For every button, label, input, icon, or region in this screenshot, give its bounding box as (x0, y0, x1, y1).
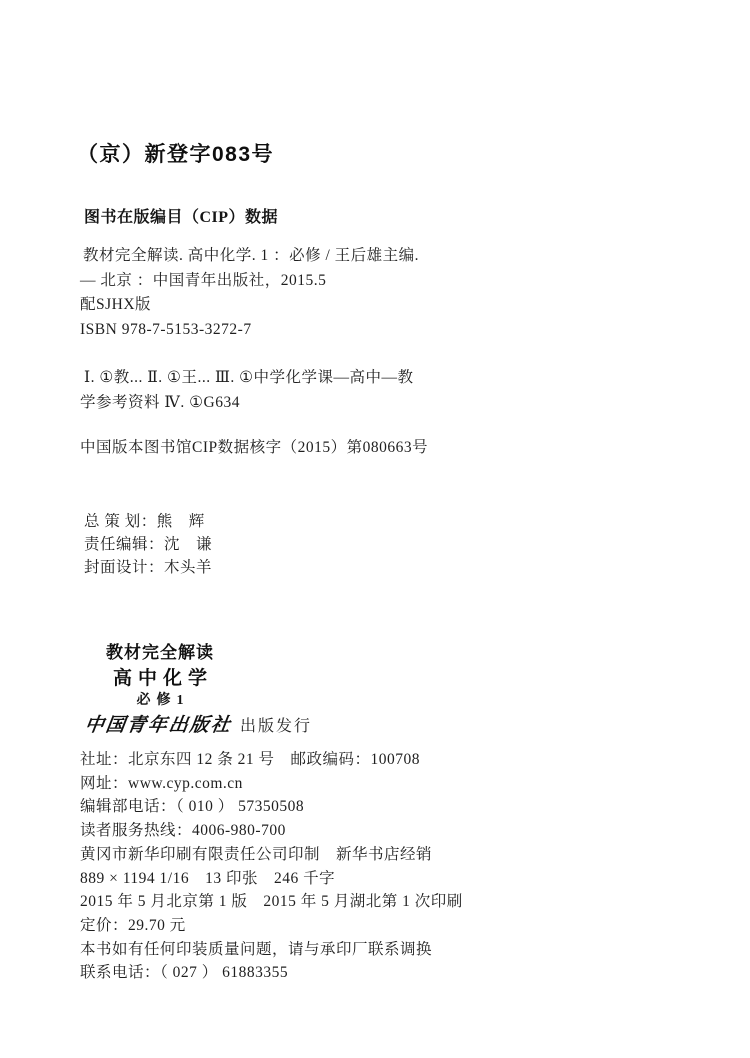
credit-line-planner: 总 策 划：熊 辉 (84, 510, 212, 533)
copyright-page: （京）新登字083号 图书在版编目（CIP）数据 教材完全解读. 高中化学. 1… (0, 0, 750, 1058)
publisher-line: 中国青年出版社出版发行 (85, 710, 312, 737)
colophon-line-printer: 黄冈市新华印刷有限责任公司印制 新华书店经销 (80, 843, 463, 867)
cip-record-block: 教材完全解读. 高中化学. 1 ：必修 / 王后雄主编. — 北京 ：中国青年出… (80, 244, 419, 342)
cip-classification-block: Ⅰ. ①教... Ⅱ. ①王... Ⅲ. ①中学化学课—高中—教 学参考资料 Ⅳ… (80, 366, 414, 415)
colophon-line-quality-notice: 本书如有任何印装质量问题，请与承印厂联系调换 (80, 938, 463, 962)
book-title: 高中化学 (60, 663, 260, 690)
colophon-line-price: 定价：29.70 元 (80, 914, 463, 938)
cip-record-line: ISBN 978-7-5153-3272-7 (80, 318, 419, 343)
colophon-block: 社址：北京东四 12 条 21 号 邮政编码：100708 网址：www.cyp… (80, 748, 463, 985)
cip-heading: 图书在版编目（CIP）数据 (84, 204, 278, 227)
publisher-action-label: 出版发行 (240, 718, 312, 735)
credit-line-editor: 责任编辑：沈 谦 (84, 533, 212, 556)
colophon-line-reader-hotline: 读者服务热线：4006-980-700 (80, 819, 463, 843)
colophon-line-website: 网址：www.cyp.com.cn (80, 772, 463, 796)
cip-record-line: 教材完全解读. 高中化学. 1 ：必修 / 王后雄主编. (80, 244, 419, 269)
series-title: 教材完全解读 (60, 638, 260, 663)
cip-record-line: — 北京 ：中国青年出版社，2015.5 (80, 269, 419, 294)
edition-subtitle: 必修1 (60, 689, 260, 709)
cip-record-line: 配SJHX版 (80, 293, 419, 318)
colophon-line-contact-phone: 联系电话：（ 027 ） 61883355 (80, 961, 463, 985)
cip-record-number: 中国版本图书馆CIP数据核字（2015）第080663号 (80, 436, 428, 461)
cip-classification-line: Ⅰ. ①教... Ⅱ. ①王... Ⅲ. ①中学化学课—高中—教 (80, 366, 414, 391)
colophon-line-edition: 2015 年 5 月北京第 1 版 2015 年 5 月湖北第 1 次印刷 (80, 890, 463, 914)
cip-classification-line: 学参考资料 Ⅳ. ①G634 (80, 391, 414, 416)
credit-line-cover-designer: 封面设计：木头羊 (84, 556, 212, 579)
colophon-line-address: 社址：北京东四 12 条 21 号 邮政编码：100708 (80, 748, 463, 772)
colophon-line-editorial-phone: 编辑部电话：（ 010 ） 57350508 (80, 795, 463, 819)
publisher-logo: 中国青年出版社 (83, 710, 234, 737)
credits-block: 总 策 划：熊 辉 责任编辑：沈 谦 封面设计：木头羊 (84, 510, 212, 579)
registration-number: （京）新登字083号 (77, 138, 274, 168)
colophon-line-format: 889 × 1194 1/16 13 印张 246 千字 (80, 867, 463, 891)
